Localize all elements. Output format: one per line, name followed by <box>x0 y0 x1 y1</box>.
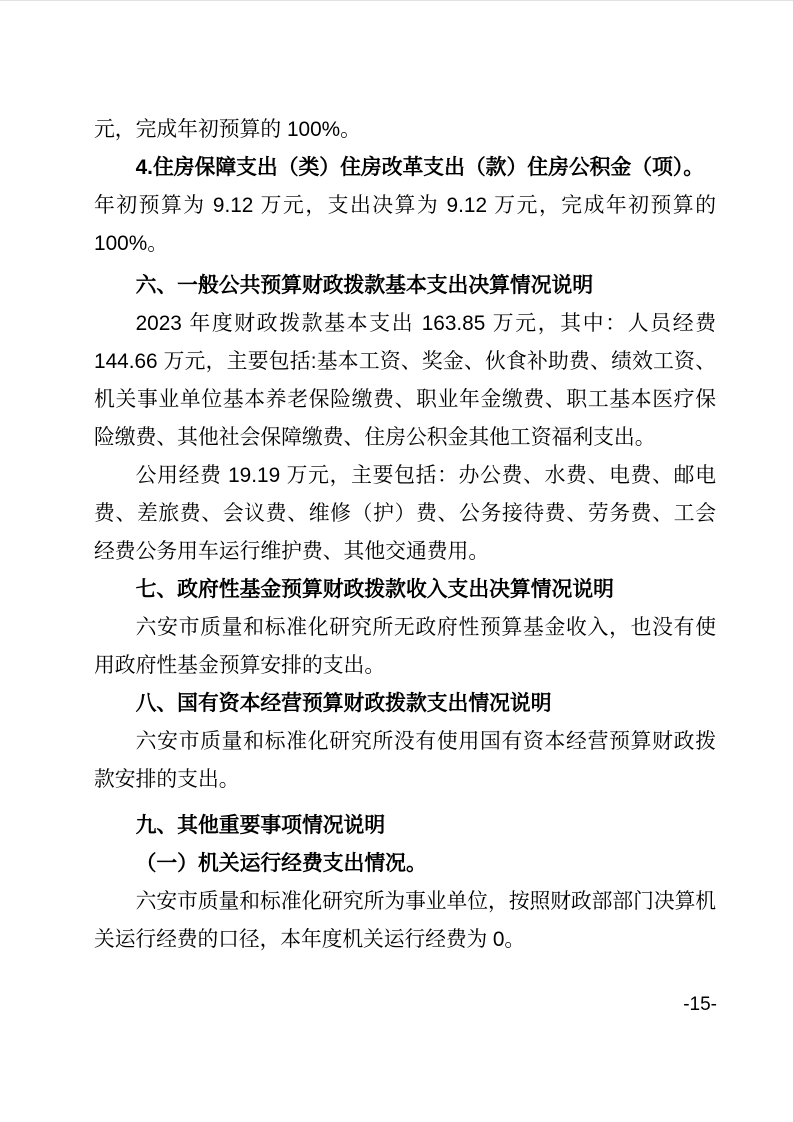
document-page: 元，完成年初预算的 100%。4.住房保障支出（类）住房改革支出（款）住房公积金… <box>0 0 793 1122</box>
section-7-body: 六安市质量和标准化研究所无政府性预算基金收入，也没有使用政府性基金预算安排的支出… <box>94 609 716 685</box>
section-7-heading: 七、政府性基金预算财政拨款收入支出决算情况说明 <box>94 571 716 609</box>
section-8-body: 六安市质量和标准化研究所没有使用国有资本经营预算财政拨款安排的支出。 <box>94 723 716 799</box>
section-6-personnel-expense: 2023 年度财政拨款基本支出 163.85 万元，其中：人员经费 144.66… <box>94 305 716 457</box>
section-9-heading: 九、其他重要事项情况说明 <box>94 807 716 845</box>
section-6-heading: 六、一般公共预算财政拨款基本支出决算情况说明 <box>94 267 716 305</box>
section-8-heading: 八、国有资本经营预算财政拨款支出情况说明 <box>94 685 716 723</box>
item-4-housing-heading-line: 4.住房保障支出（类）住房改革支出（款）住房公积金（项）。 <box>94 149 716 187</box>
continued-sentence: 元，完成年初预算的 100%。 <box>94 111 716 149</box>
page-number: -15- <box>683 994 717 1016</box>
item-4-housing-detail: 年初预算为 9.12 万元，支出决算为 9.12 万元，完成年初预算的 100%… <box>94 187 716 263</box>
section-9-sub-1-body: 六安市质量和标准化研究所为事业单位，按照财政部部门决算机关运行经费的口径，本年度… <box>94 883 716 959</box>
section-6-public-expense: 公用经费 19.19 万元，主要包括：办公费、水费、电费、邮电费、差旅费、会议费… <box>94 457 716 571</box>
document-body: 元，完成年初预算的 100%。4.住房保障支出（类）住房改革支出（款）住房公积金… <box>94 111 716 959</box>
section-9-sub-1-heading: （一）机关运行经费支出情况。 <box>94 845 716 883</box>
